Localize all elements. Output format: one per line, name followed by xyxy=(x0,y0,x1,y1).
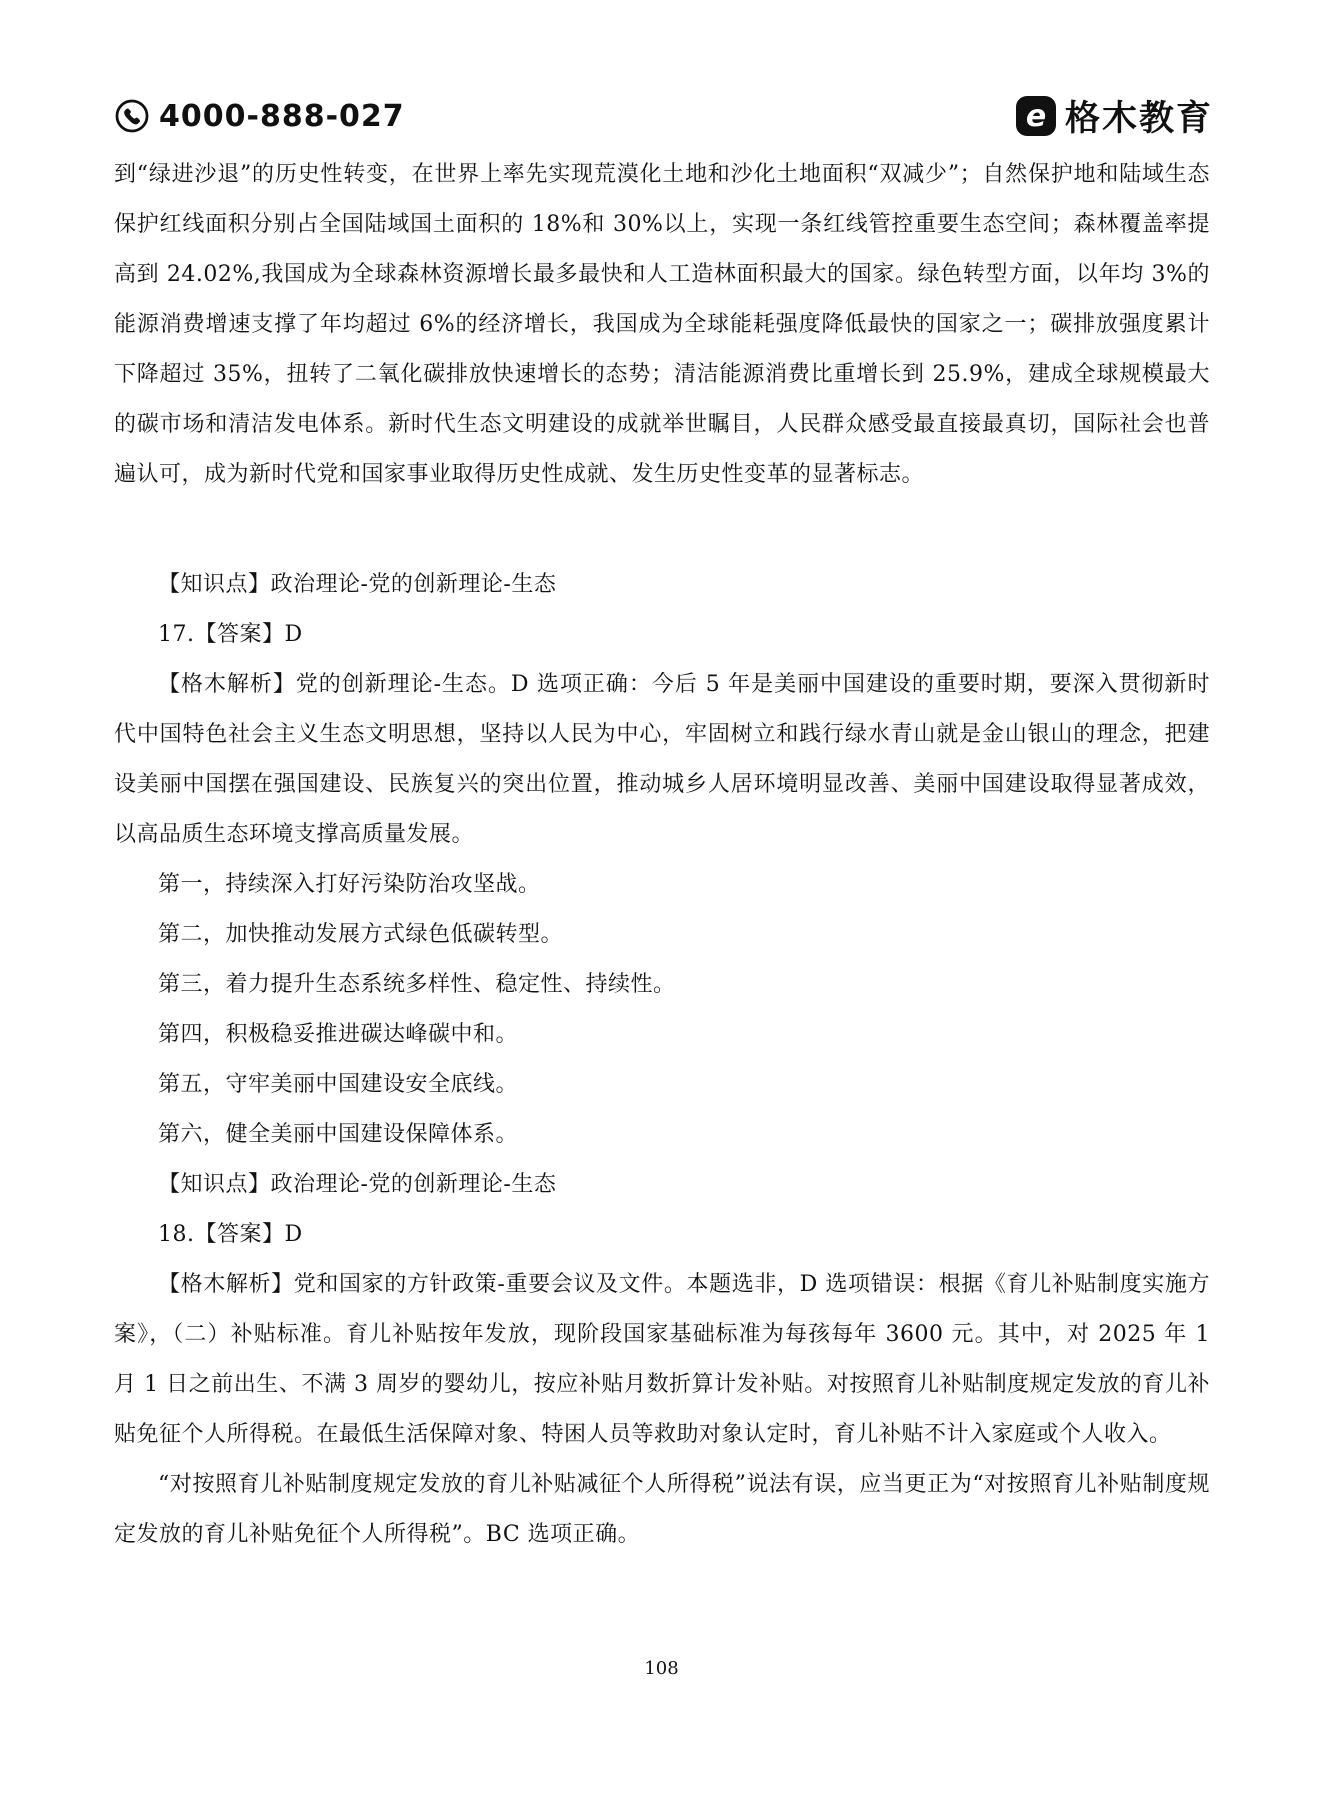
page-header: 4000-888-027 e 格木教育 xyxy=(114,90,1213,142)
phone-icon xyxy=(114,98,150,134)
list-item-2: 第二，加快推动发展方式绿色低碳转型。 xyxy=(114,910,1210,960)
document-page: 4000-888-027 e 格木教育 到“绿进沙退”的历史性转变，在世界上率先… xyxy=(0,0,1323,1795)
svg-text:e: e xyxy=(1026,99,1046,134)
knowledge-point-17: 【知识点】政治理论-党的创新理论-生态 xyxy=(114,560,1210,610)
list-item-6: 第六，健全美丽中国建设保障体系。 xyxy=(114,1110,1210,1160)
phone-number: 4000-888-027 xyxy=(159,99,405,134)
brand-logo: e 格木教育 xyxy=(1015,91,1213,141)
list-item-1: 第一，持续深入打好污染防治攻坚战。 xyxy=(114,860,1210,910)
document-body: 到“绿进沙退”的历史性转变，在世界上率先实现荒漠化土地和沙化土地面积“双减少”；… xyxy=(114,150,1210,1560)
brand-name: 格木教育 xyxy=(1065,91,1213,141)
page-footer: 108 xyxy=(0,1658,1323,1679)
knowledge-point-18: 【知识点】政治理论-党的创新理论-生态 xyxy=(114,1160,1210,1210)
paragraph-body-continuation: 到“绿进沙退”的历史性转变，在世界上率先实现荒漠化土地和沙化土地面积“双减少”；… xyxy=(114,150,1210,500)
contact-phone: 4000-888-027 xyxy=(114,98,405,134)
analysis-18: 【格木解析】党和国家的方针政策-重要会议及文件。本题选非，D 选项错误：根据《育… xyxy=(114,1260,1210,1460)
list-item-4: 第四，积极稳妥推进碳达峰碳中和。 xyxy=(114,1010,1210,1060)
answer-17: 17.【答案】D xyxy=(114,610,1210,660)
analysis-17: 【格木解析】党的创新理论-生态。D 选项正确：今后 5 年是美丽中国建设的重要时… xyxy=(114,660,1210,860)
list-item-3: 第三，着力提升生态系统多样性、稳定性、持续性。 xyxy=(114,960,1210,1010)
answer-18: 18.【答案】D xyxy=(114,1210,1210,1260)
analysis-18-correction: “对按照育儿补贴制度规定发放的育儿补贴减征个人所得税”说法有误，应当更正为“对按… xyxy=(114,1460,1210,1560)
brand-logo-icon: e xyxy=(1015,95,1057,137)
page-number: 108 xyxy=(644,1658,678,1679)
list-item-5: 第五，守牢美丽中国建设安全底线。 xyxy=(114,1060,1210,1110)
